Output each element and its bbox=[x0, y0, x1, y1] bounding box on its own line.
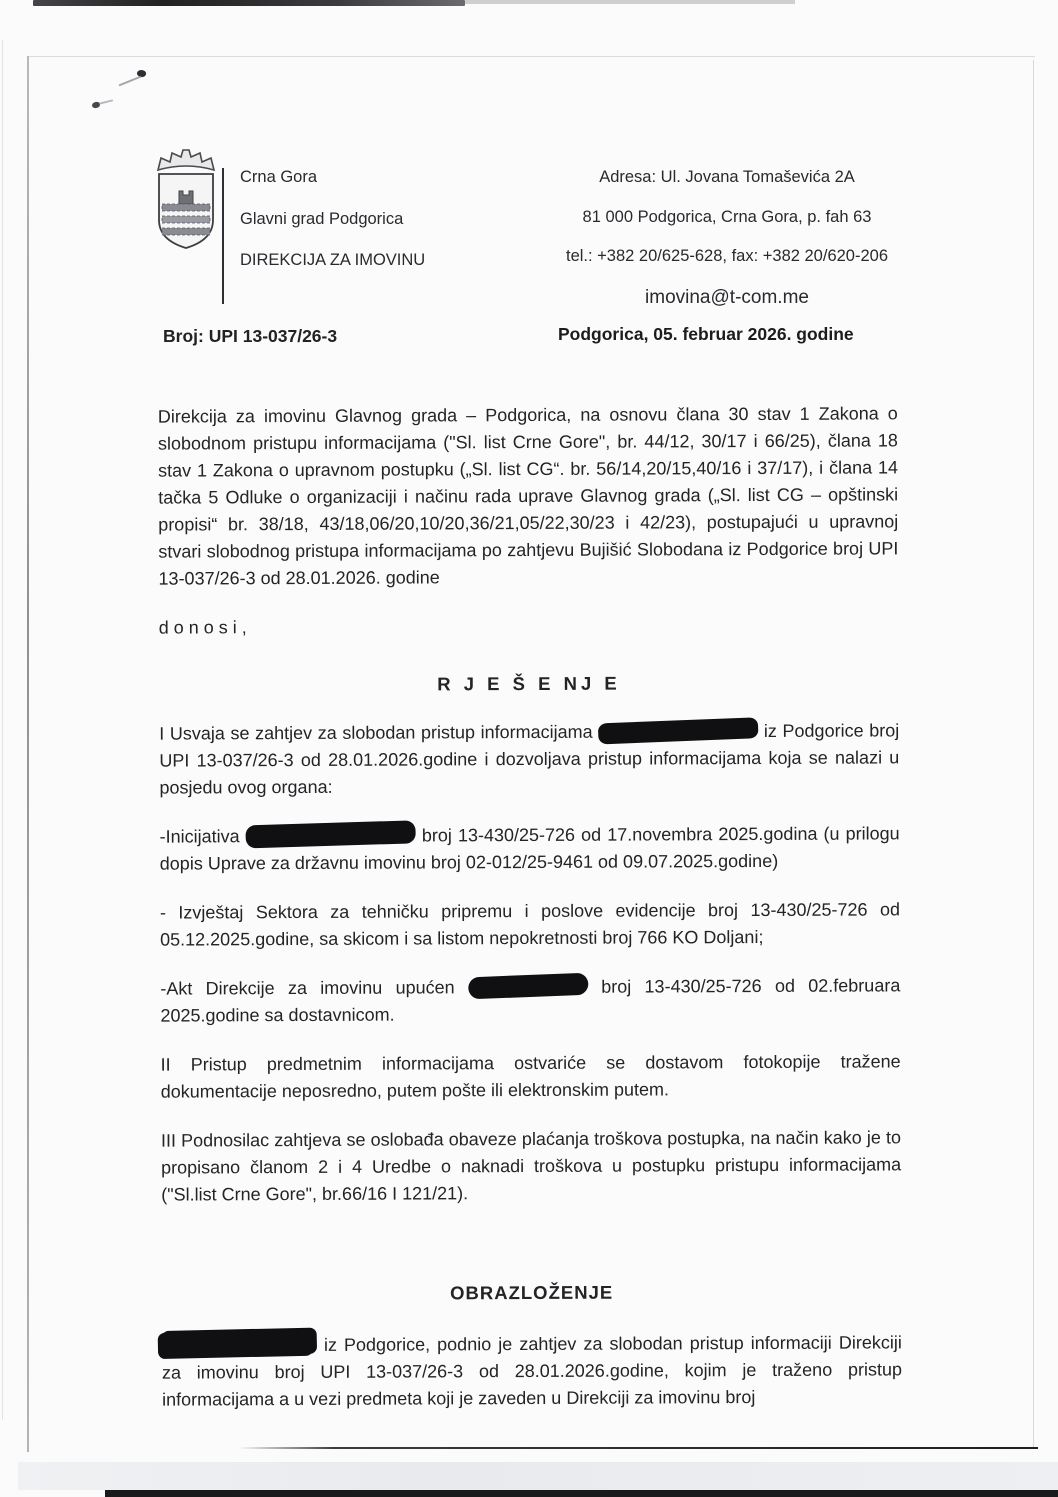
document-number: Broj: UPI 13-037/26-3 bbox=[163, 326, 337, 347]
redaction-box bbox=[598, 717, 759, 744]
scanned-document-page: Crna Gora Glavni grad Podgorica DIREKCIJ… bbox=[0, 0, 1058, 1497]
org-department: DIREKCIJA ZA IMOVINU bbox=[240, 251, 425, 270]
page-edge-top bbox=[27, 56, 1035, 57]
document-body: Direkcija za imovinu Glavnog grada – Pod… bbox=[158, 400, 902, 1435]
scan-artifact-top-bar-faint bbox=[465, 0, 795, 4]
intro-paragraph: Direkcija za imovinu Glavnog grada – Pod… bbox=[158, 400, 899, 592]
contact-email: imovina@t-com.me bbox=[553, 287, 901, 309]
resolution-item-i: I Usvaja se zahtjev za slobodan pristup … bbox=[159, 717, 899, 801]
redaction-box bbox=[468, 973, 589, 1000]
ink-speck bbox=[118, 76, 141, 87]
letterhead-divider bbox=[222, 168, 224, 304]
redaction-box bbox=[245, 820, 416, 848]
bullet-1-text-pre: -Inicijativa bbox=[160, 826, 246, 846]
bullet-3-text-pre: -Akt Direkcije za imovinu upućen bbox=[160, 977, 468, 998]
resolution-heading: R J E Š E NJ E bbox=[159, 668, 899, 698]
scan-artifact-bottom-line bbox=[238, 1447, 1038, 1449]
contact-phone: tel.: +382 20/625-628, fax: +382 20/620-… bbox=[553, 247, 901, 266]
org-city: Glavni grad Podgorica bbox=[240, 210, 425, 229]
resolution-bullet-initiative: -Inicijativa broj 13-430/25-726 od 17.no… bbox=[160, 820, 900, 877]
resolution-item-ii: II Pristup predmetnim informacijama ostv… bbox=[161, 1048, 901, 1105]
explanation-heading: OBRAZLOŽENJE bbox=[162, 1277, 902, 1307]
podgorica-coat-of-arms-icon bbox=[145, 148, 227, 271]
org-country: Crna Gora bbox=[240, 168, 425, 187]
donosi-line: d o n o s i , bbox=[159, 611, 899, 641]
ink-speck bbox=[99, 99, 113, 104]
page-edge-right bbox=[1033, 60, 1034, 1448]
item-i-text-pre: I Usvaja se zahtjev za slobodan pristup … bbox=[159, 722, 598, 744]
resolution-bullet-report: - Izvještaj Sektora za tehničku pripremu… bbox=[160, 896, 900, 953]
scan-artifact-bottom-band bbox=[18, 1462, 1058, 1490]
resolution-bullet-act: -Akt Direkcije za imovinu upućen broj 13… bbox=[160, 972, 900, 1029]
page-edge-left-faint bbox=[2, 40, 3, 1420]
explanation-paragraph: iz Podgorice, podnio je zahtjev za slobo… bbox=[162, 1326, 902, 1413]
redaction-box bbox=[162, 1328, 318, 1357]
contact-address: Adresa: Ul. Jovana Tomaševića 2A bbox=[553, 168, 901, 187]
resolution-item-iii: III Podnosilac zahtjeva se oslobađa obav… bbox=[161, 1124, 901, 1208]
scan-artifact-bottom-bar bbox=[105, 1490, 1058, 1497]
page-edge-left bbox=[27, 56, 29, 1452]
contact-city: 81 000 Podgorica, Crna Gora, p. fah 63 bbox=[553, 208, 901, 227]
organization-block: Crna Gora Glavni grad Podgorica DIREKCIJ… bbox=[240, 168, 425, 293]
scan-artifact-top-bar bbox=[33, 0, 465, 6]
contact-block: Adresa: Ul. Jovana Tomaševića 2A 81 000 … bbox=[553, 168, 901, 329]
place-and-date: Podgorica, 05. februar 2026. godine bbox=[558, 324, 854, 345]
